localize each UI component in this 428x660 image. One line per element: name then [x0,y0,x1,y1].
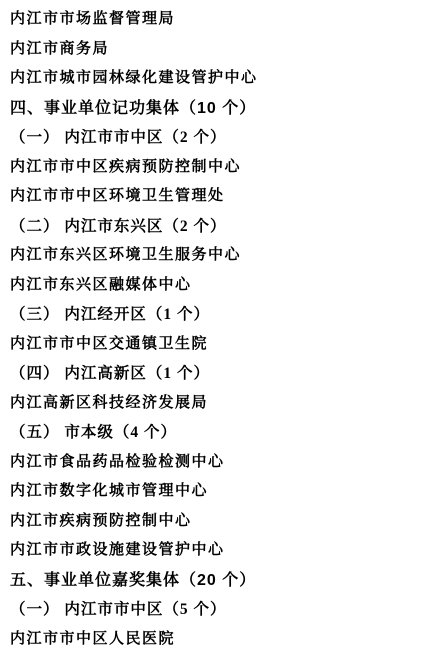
org-name-line: 内江市城市园林绿化建设管护中心 [10,64,420,94]
org-name-line: 内江市数字化城市管理中心 [10,477,420,507]
section-heading: 五、事业单位嘉奖集体（20 个） [10,566,420,596]
org-name-line: 内江市市中区交通镇卫生院 [10,330,420,360]
org-name-line: 内江市食品药品检验检测中心 [10,448,420,478]
subsection-heading: （一） 内江市市中区（2 个） [10,123,420,153]
org-name-line: 内江市市中区环境卫生管理处 [10,182,420,212]
org-name-line: 内江市东兴区环境卫生服务中心 [10,241,420,271]
org-name-line: 内江市市中区疾病预防控制中心 [10,153,420,183]
org-name-line: 内江高新区科技经济发展局 [10,389,420,419]
subsection-heading: （一） 内江市市中区（5 个） [10,595,420,625]
subsection-heading: （五） 市本级（4 个） [10,418,420,448]
document-page: 内江市市场监督管理局内江市商务局内江市城市园林绿化建设管护中心四、事业单位记功集… [0,0,428,660]
section-heading: 四、事业单位记功集体（10 个） [10,94,420,124]
subsection-heading: （四） 内江高新区（1 个） [10,359,420,389]
org-name-line: 内江市市场监督管理局 [10,5,420,35]
document-body: 内江市市场监督管理局内江市商务局内江市城市园林绿化建设管护中心四、事业单位记功集… [10,5,420,654]
org-name-line: 内江市市中区人民医院 [10,625,420,655]
org-name-line: 内江市市政设施建设管护中心 [10,536,420,566]
org-name-line: 内江市东兴区融媒体中心 [10,271,420,301]
org-name-line: 内江市疾病预防控制中心 [10,507,420,537]
org-name-line: 内江市商务局 [10,35,420,65]
subsection-heading: （二） 内江市东兴区（2 个） [10,212,420,242]
subsection-heading: （三） 内江经开区（1 个） [10,300,420,330]
